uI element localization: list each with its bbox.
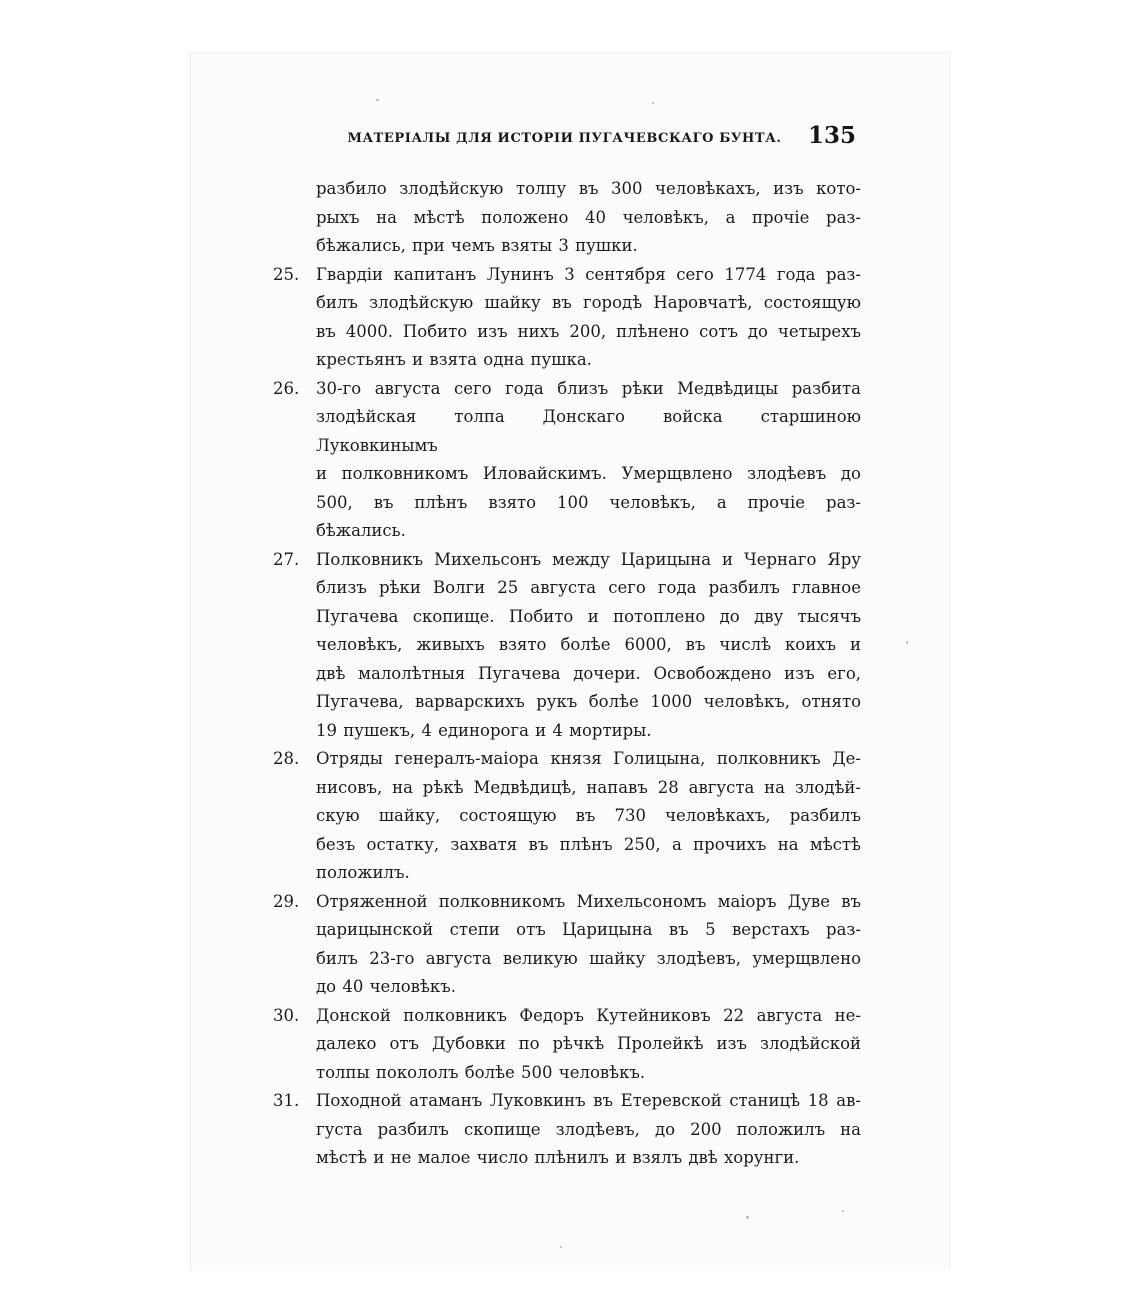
entries-list: разбило злодѣйскую толпу въ 300 человѣка… — [273, 175, 861, 1173]
text-line: Пугачева скопище. Побито и потоплено до … — [316, 603, 861, 632]
text-line: крестьянъ и взята одна пушка. — [316, 346, 861, 375]
text-line: Гвардіи капитанъ Лунинъ 3 сентября сего … — [316, 261, 861, 290]
item-number: 30. — [273, 1002, 299, 1031]
text-line: близъ рѣки Волги 25 августа сего года ра… — [316, 574, 861, 603]
text-line: 30-го августа сего года близъ рѣки Медвѣ… — [316, 375, 861, 404]
text-line: рыхъ на мѣстѣ положено 40 человѣкъ, а пр… — [316, 204, 861, 233]
item-number: 25. — [273, 261, 299, 290]
text-line: Донской полковникъ Федоръ Кутейниковъ 22… — [316, 1002, 861, 1031]
scan-speck — [376, 99, 379, 101]
list-item: 28.Отряды генералъ-маіора князя Голицына… — [273, 745, 861, 888]
item-number: 31. — [273, 1087, 299, 1116]
text-line: Походной атаманъ Луковкинъ въ Етеревской… — [316, 1087, 861, 1116]
text-line: Полковникъ Михельсонъ между Царицына и Ч… — [316, 546, 861, 575]
scan-speck — [652, 102, 654, 104]
scan-speck — [906, 641, 908, 644]
list-item: разбило злодѣйскую толпу въ 300 человѣка… — [273, 175, 861, 261]
list-item: 25.Гвардіи капитанъ Лунинъ 3 сентября се… — [273, 261, 861, 375]
text-line: нисовъ, на рѣкѣ Медвѣдицѣ, напавъ 28 авг… — [316, 774, 861, 803]
text-line: скую шайку, состоящую въ 730 человѣкахъ,… — [316, 802, 861, 831]
text-line: бѣжались, при чемъ взяты 3 пушки. — [316, 232, 861, 261]
text-line: мѣстѣ и не малое число плѣнилъ и взялъ д… — [316, 1144, 861, 1173]
text-line: билъ злодѣйскую шайку въ городѣ Наровчат… — [316, 289, 861, 318]
text-line: толпы покололъ болѣе 500 человѣкъ. — [316, 1059, 861, 1088]
text-line: царицынской степи отъ Царицына въ 5 верс… — [316, 916, 861, 945]
item-number: 27. — [273, 546, 299, 575]
text-line: и полковникомъ Иловайскимъ. Умерщвлено з… — [316, 460, 861, 489]
scan-speck — [560, 1246, 562, 1248]
text-line: до 40 человѣкъ. — [316, 973, 861, 1002]
text-line: 500, въ плѣнъ взято 100 человѣкъ, а проч… — [316, 489, 861, 518]
list-item: 26.30-го августа сего года близъ рѣки Ме… — [273, 375, 861, 546]
text-line: густа разбилъ скопище злодѣевъ, до 200 п… — [316, 1116, 861, 1145]
text-line: Пугачева, варварскихъ рукъ болѣе 1000 че… — [316, 688, 861, 717]
text-line: безъ остатку, захватя въ плѣнъ 250, а пр… — [316, 831, 861, 860]
list-item: 30.Донской полковникъ Федоръ Кутейниковъ… — [273, 1002, 861, 1088]
text-line: положилъ. — [316, 859, 861, 888]
text-line: въ 4000. Побито изъ нихъ 200, плѣнено со… — [316, 318, 861, 347]
page-header: МАТЕРІАЛЫ ДЛЯ ИСТОРІИ ПУГАЧЕВСКАГО БУНТА… — [273, 125, 856, 159]
text-line: Отряженной полковникомъ Михельсономъ маі… — [316, 888, 861, 917]
list-item: 29.Отряженной полковникомъ Михельсономъ … — [273, 888, 861, 1002]
text-line: 19 пушекъ, 4 единорога и 4 мортиры. — [316, 717, 861, 746]
text-line: человѣкъ, живыхъ взято болѣе 6000, въ чи… — [316, 631, 861, 660]
list-item: 31.Походной атаманъ Луковкинъ въ Етеревс… — [273, 1087, 861, 1173]
text-line: билъ 23-го августа великую шайку злодѣев… — [316, 945, 861, 974]
scan-speck — [746, 1216, 749, 1219]
running-title: МАТЕРІАЛЫ ДЛЯ ИСТОРІИ ПУГАЧЕВСКАГО БУНТА… — [273, 125, 856, 150]
text-line: двѣ малолѣтныя Пугачева дочери. Освобожд… — [316, 660, 861, 689]
text-line: Отряды генералъ-маіора князя Голицына, п… — [316, 745, 861, 774]
text-line: далеко отъ Дубовки по рѣчкѣ Пролейкѣ изъ… — [316, 1030, 861, 1059]
scan-canvas: МАТЕРІАЛЫ ДЛЯ ИСТОРІИ ПУГАЧЕВСКАГО БУНТА… — [0, 0, 1140, 1306]
book-page: МАТЕРІАЛЫ ДЛЯ ИСТОРІИ ПУГАЧЕВСКАГО БУНТА… — [190, 52, 950, 1270]
item-number: 28. — [273, 745, 299, 774]
text-line: бѣжались. — [316, 517, 861, 546]
item-number: 26. — [273, 375, 299, 404]
text-line: злодѣйская толпа Донскаго войска старшин… — [316, 403, 861, 460]
scan-speck — [842, 1210, 844, 1212]
page-number: 135 — [808, 122, 856, 150]
list-item: 27.Полковникъ Михельсонъ между Царицына … — [273, 546, 861, 746]
item-number: 29. — [273, 888, 299, 917]
text-line: разбило злодѣйскую толпу въ 300 человѣка… — [316, 175, 861, 204]
